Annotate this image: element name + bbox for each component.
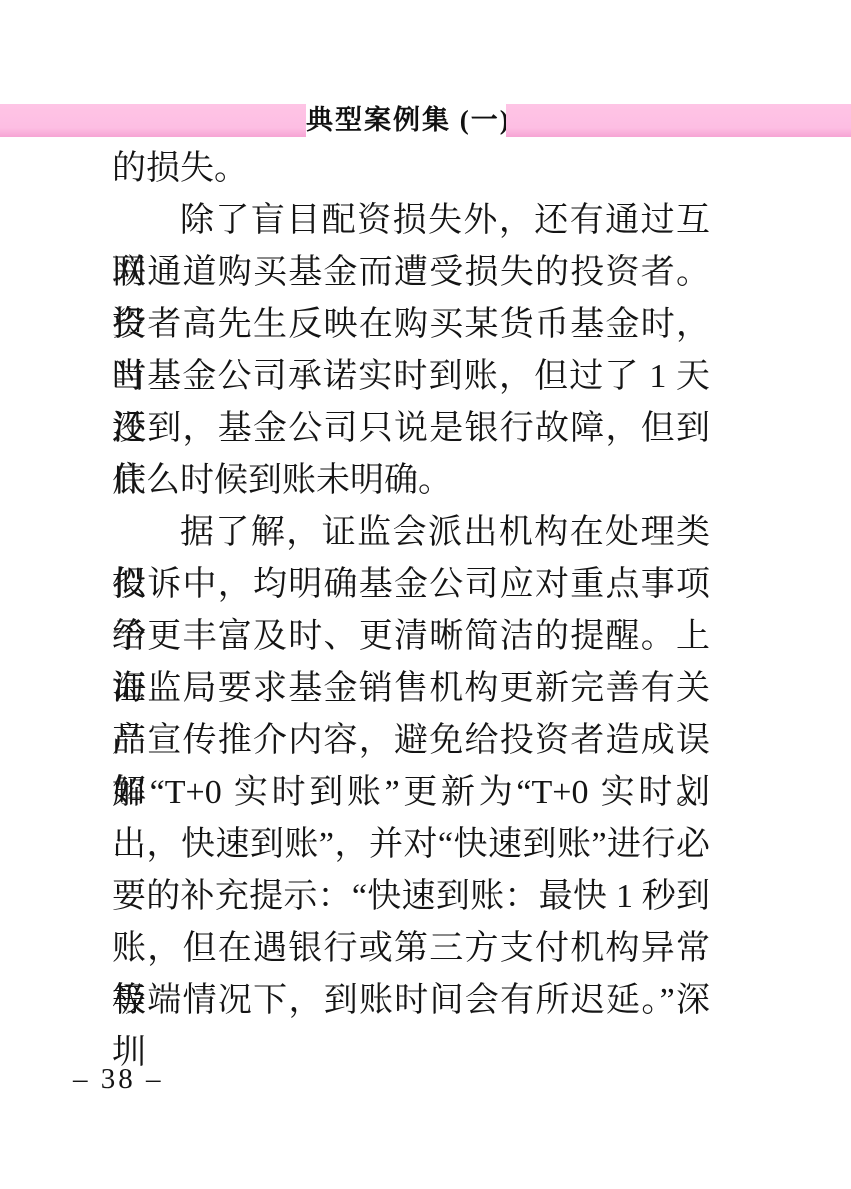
text-line: 什么时候到账未明确。: [112, 455, 710, 507]
text-block: 的损失。除了盲目配资损失外，还有通过互联网通道购买基金而遭受损失的投资者。投资者…: [112, 143, 710, 1027]
book-page: 典型案例集 (一) 的损失。除了盲目配资损失外，还有通过互联网通道购买基金而遭受…: [0, 0, 851, 1189]
text-line: 没到，基金公司只说是银行故障，但到底: [112, 403, 710, 455]
page-header-title: 典型案例集 (一): [306, 104, 506, 137]
text-line: 要的补充提示：“快速到账：最快 1 秒到: [112, 871, 710, 923]
text-line: 如“T+0 实时到账”更新为“T+0 实时划: [112, 767, 710, 819]
text-line: 时基金公司承诺实时到账，但过了 1 天还: [112, 351, 710, 403]
text-line: 账，但在遇银行或第三方支付机构异常等: [112, 923, 710, 975]
running-head: 典型案例集 (一): [0, 104, 851, 137]
text-line: 资者高先生反映在购买某货币基金时，当: [112, 299, 710, 351]
text-line: 予更丰富及时、更清晰简洁的提醒。上海: [112, 611, 710, 663]
text-line: 的损失。: [112, 143, 710, 195]
text-line: 证监局要求基金销售机构更新完善有关产: [112, 663, 710, 715]
text-line: 投诉中，均明确基金公司应对重点事项给: [112, 559, 710, 611]
header-rule-right: [506, 104, 851, 137]
text-line: 网通道购买基金而遭受损失的投资者。投: [112, 247, 710, 299]
text-line: 品宣传推介内容，避免给投资者造成误解。: [112, 715, 710, 767]
text-line: 出，快速到账”，并对“快速到账”进行必: [112, 819, 710, 871]
text-line: 据了解，证监会派出机构在处理类似: [112, 507, 710, 559]
page-number: – 38 –: [73, 1063, 164, 1096]
header-rule-left: [0, 104, 306, 137]
text-line: 极端情况下，到账时间会有所迟延。”深圳: [112, 975, 710, 1027]
text-line: 除了盲目配资损失外，还有通过互联: [112, 195, 710, 247]
